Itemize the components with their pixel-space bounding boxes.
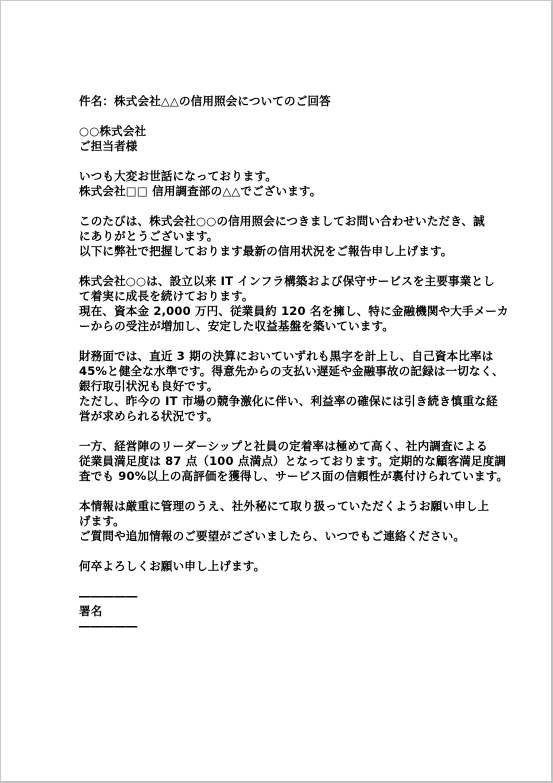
signature-rule-top: ――――― bbox=[79, 589, 477, 604]
greeting-line: 株式会社□□ 信用調査部の△△でございます。 bbox=[79, 184, 477, 199]
subject-line: 件名：株式会社△△の信用照会についてのご回答 bbox=[79, 94, 477, 109]
greeting-paragraph: いつも大変お世話になっております。 株式会社□□ 信用調査部の△△でございます。 bbox=[79, 169, 477, 199]
greeting-line: いつも大変お世話になっております。 bbox=[79, 169, 477, 184]
confidentiality-paragraph: 本情報は厳重に管理のうえ、社外秘にて取り扱っていただくようお願い申し上 げます。… bbox=[79, 499, 477, 544]
subject-text: 件名：株式会社△△の信用照会についてのご回答 bbox=[79, 94, 477, 109]
financial-line: 営が求められる状況です。 bbox=[79, 409, 477, 424]
recipient-company: ○○株式会社 bbox=[79, 124, 477, 139]
company-overview-paragraph: 株式会社○○は、設立以来 IT インフラ構築および保守サービスを主要事業とし て… bbox=[79, 274, 477, 334]
document-page: 件名：株式会社△△の信用照会についてのご回答 ○○株式会社 ご担当者様 いつも大… bbox=[0, 0, 553, 783]
signature-label: 署名 bbox=[79, 604, 477, 619]
confidentiality-line: ご質問や追加情報のご要望がございましたら、いつでもご連絡ください。 bbox=[79, 529, 477, 544]
overview-line: て着実に成長を続けております。 bbox=[79, 289, 477, 304]
intro-line: このたびは、株式会社○○の信用照会につきましてお問い合わせいただき、誠 bbox=[79, 214, 477, 229]
signature-block: ――――― 署名 ――――― bbox=[79, 589, 477, 634]
management-line: 査でも 90%以上の高評価を獲得し、サービス面の信頼性が裏付けられています。 bbox=[79, 469, 477, 484]
closing-text: 何卒よろしくお願い申し上げます。 bbox=[79, 559, 477, 574]
intro-paragraph: このたびは、株式会社○○の信用照会につきましてお問い合わせいただき、誠 にありが… bbox=[79, 214, 477, 259]
financial-line: ただし、昨今の IT 市場の競争激化に伴い、利益率の確保には引き続き慎重な経 bbox=[79, 394, 477, 409]
signature-rule-bottom: ――――― bbox=[79, 619, 477, 634]
letter-body: 件名：株式会社△△の信用照会についてのご回答 ○○株式会社 ご担当者様 いつも大… bbox=[79, 94, 477, 634]
financial-line: 45%と健全な水準です。得意先からの支払い遅延や金融事故の記録は一切なく、 bbox=[79, 364, 477, 379]
management-line: 従業員満足度は 87 点（100 点満点）となっております。定期的な顧客満足度調 bbox=[79, 454, 477, 469]
confidentiality-line: 本情報は厳重に管理のうえ、社外秘にて取り扱っていただくようお願い申し上 bbox=[79, 499, 477, 514]
confidentiality-line: げます。 bbox=[79, 514, 477, 529]
financial-line: 銀行取引状況も良好です。 bbox=[79, 379, 477, 394]
closing-paragraph: 何卒よろしくお願い申し上げます。 bbox=[79, 559, 477, 574]
management-paragraph: 一方、経営陣のリーダーシップと社員の定着率は極めて高く、社内調査による 従業員満… bbox=[79, 439, 477, 484]
recipient-block: ○○株式会社 ご担当者様 bbox=[79, 124, 477, 154]
overview-line: ーからの受注が増加し、安定した収益基盤を築いています。 bbox=[79, 319, 477, 334]
overview-line: 現在、資本金 2,000 万円、従業員約 120 名を擁し、特に金融機関や大手メ… bbox=[79, 304, 477, 319]
management-line: 一方、経営陣のリーダーシップと社員の定着率は極めて高く、社内調査による bbox=[79, 439, 477, 454]
intro-line: 以下に弊社で把握しております最新の信用状況をご報告申し上げます。 bbox=[79, 244, 477, 259]
intro-line: にありがとうございます。 bbox=[79, 229, 477, 244]
recipient-person: ご担当者様 bbox=[79, 139, 477, 154]
financial-paragraph: 財務面では、直近 3 期の決算においていずれも黒字を計上し、自己資本比率は 45… bbox=[79, 349, 477, 424]
financial-line: 財務面では、直近 3 期の決算においていずれも黒字を計上し、自己資本比率は bbox=[79, 349, 477, 364]
overview-line: 株式会社○○は、設立以来 IT インフラ構築および保守サービスを主要事業とし bbox=[79, 274, 477, 289]
